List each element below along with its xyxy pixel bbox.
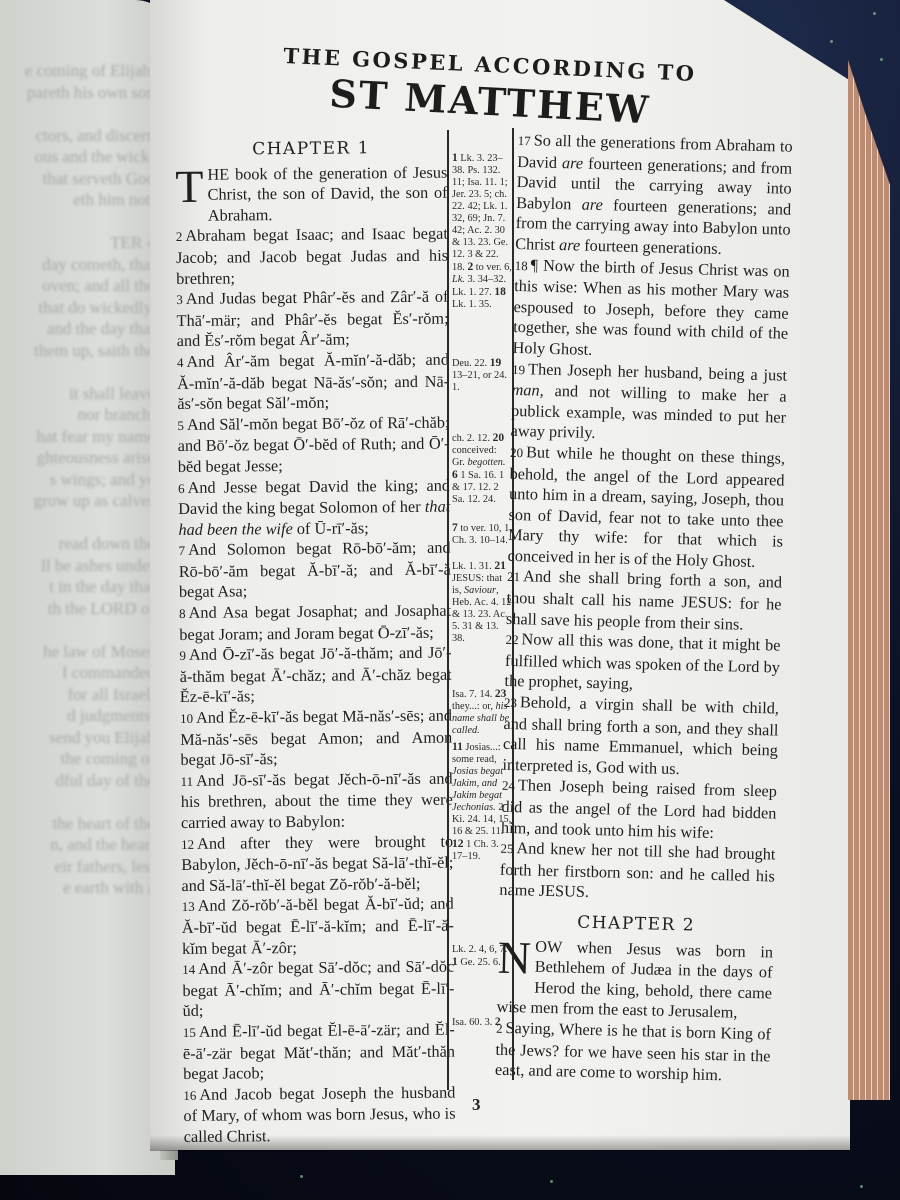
italic-supplied-word: are	[582, 194, 604, 214]
verse: 13And Zŏ-rŏb′-ă-bĕl begat Ă-bī′-ŭd; and …	[182, 894, 455, 959]
bleed-line: th the LORD of	[0, 598, 155, 620]
star-dot	[873, 12, 876, 15]
bleed-line: the heart of the	[0, 813, 155, 835]
verse-number: 7	[179, 543, 186, 558]
bleed-line: that serveth God	[0, 168, 155, 190]
verse: 6And Jesse begat David the king; and Dav…	[178, 475, 451, 540]
verse-text: And Ē-lī′-ŭd begat Ĕl-ē-ā′-zär; and Ĕl-ē…	[183, 1020, 455, 1084]
verse-text: And Ĕz-ē-kī′-ăs begat Mă-năs′-sēs; and M…	[180, 706, 452, 770]
star-dot	[550, 1180, 553, 1183]
verse: 9And Ō-zī′-ăs begat Jō′-ă-thăm; and Jō′-…	[179, 643, 452, 708]
bleed-line	[0, 512, 155, 534]
bleed-line: e coming of Elijah.	[0, 60, 155, 82]
verse-text: And Jacob begat Joseph the husband of Ma…	[183, 1082, 455, 1146]
verse: 5And Săl′-mŏn begat Bō′-ŏz of Rā′-chăb; …	[177, 412, 450, 477]
verse: 23Behold, a virgin shall be with child, …	[502, 692, 779, 782]
bleed-line: dful day of the	[0, 770, 155, 792]
verse-text: And Ā′-zôr begat Sā′-dŏc; and Sā′-dŏc be…	[182, 957, 454, 1021]
facing-left-page: e coming of Elijah.pareth his own son ct…	[0, 0, 175, 1175]
verse-number: 6	[178, 480, 185, 495]
verse: 8And Asa begat Josaphat; and Josaphat be…	[179, 601, 451, 646]
verse-text: of Ū-rī′-ăs;	[293, 518, 369, 538]
verse-number: 11	[181, 774, 194, 789]
verse-text: And Ō-zī′-ăs begat Jō′-ă-thăm; and Jō′-ă…	[180, 643, 452, 707]
bleed-line: ous and the wick-	[0, 146, 155, 168]
bleed-line: it shall leave	[0, 383, 155, 405]
verse: 19Then Joseph her husband, being a just …	[510, 358, 787, 448]
verse-text: And Asa begat Josaphat; and Josaphat beg…	[179, 601, 451, 644]
verse: 18¶ Now the birth of Jesus Christ was on…	[512, 255, 789, 366]
chapter-heading: CHAPTER 2	[498, 911, 773, 938]
verse-text: And Săl′-mŏn begat Bō′-ŏz of Rā′-chăb; a…	[178, 412, 450, 476]
bleed-line	[0, 103, 155, 125]
verse-text: ¶ Now the birth of Jesus Christ was on t…	[512, 255, 789, 359]
verse: 17So all the generations from Abraham to…	[515, 130, 793, 261]
text-column-right: 17So all the generations from Abraham to…	[495, 130, 793, 1087]
verse-text: fourteen generations.	[580, 236, 722, 258]
bleed-line: pareth his own son	[0, 82, 155, 104]
verse-text: And after they were brought to Babylon, …	[181, 831, 453, 895]
bleed-line: s wings; and ye	[0, 469, 155, 491]
verse-text: , and not willing to make her a publick …	[510, 381, 786, 443]
star-dot	[880, 58, 883, 61]
verse-text: And Judas begat Phâr′-ĕs and Zâr′-ă of T…	[176, 287, 448, 351]
verse: 12And after they were brought to Babylon…	[181, 831, 454, 896]
column-rule	[447, 130, 449, 1090]
bleed-line	[0, 211, 155, 233]
drop-cap: T	[175, 166, 203, 206]
bleed-line: e earth with a	[0, 877, 155, 899]
verse-text: HE book of the generation of Jesus Chris…	[207, 162, 447, 224]
verse-text: Behold, a virgin shall be with child, an…	[502, 692, 779, 778]
verse: 10And Ĕz-ē-kī′-ăs begat Mă-năs′-sēs; and…	[180, 706, 453, 771]
verse-number: 5	[177, 418, 184, 433]
verse-text: And Jesse begat David the king; and Davi…	[178, 475, 450, 518]
verse-number: 8	[179, 606, 186, 621]
bleed-line: hat fear my name	[0, 426, 155, 448]
verse: 25And knew her not till she had brought …	[499, 838, 775, 907]
verse-number: 10	[180, 711, 193, 726]
verse: 11And Jō-sī′-ăs begat Jĕch-ō-nī′-ăs and …	[181, 768, 454, 833]
verse-number: 20	[510, 445, 523, 460]
verse-text: Saying, Where is he that is born King of…	[495, 1018, 771, 1084]
cross-reference: 7 to ver. 10, 1 Ch. 3. 10–14.	[452, 522, 512, 547]
bleed-line: them up, saith the	[0, 340, 155, 362]
cross-reference: ch. 2. 12. 20 conceived: Gr. begotten. 6…	[452, 432, 512, 506]
verse: 2Abraham begat Isaac; and Isaac begat Ja…	[176, 224, 449, 289]
verse-number: 15	[183, 1025, 196, 1040]
bleed-line: nor branch.	[0, 404, 155, 426]
verse-number: 21	[507, 569, 520, 584]
bleed-line: I commanded	[0, 662, 155, 684]
bleed-line: he law of Moses	[0, 641, 155, 663]
verse-text: And Solomon begat Rō-bō′-ăm; and Rō-bō′-…	[179, 538, 451, 602]
bleed-line: d judgments.	[0, 705, 155, 727]
page-header: THE GOSPEL ACCORDING TO ST MATTHEW	[260, 52, 720, 124]
bleed-line: TER 4	[0, 232, 155, 254]
bleed-line: t in the day that	[0, 576, 155, 598]
verse-number: 2	[496, 1021, 503, 1036]
verse-number: 19	[512, 361, 525, 376]
verse: 4And Âr′-ăm begat Ă-mĭn′-ă-dăb; and Ă-mĭ…	[177, 350, 450, 415]
bleed-line: that do wickedly,	[0, 297, 155, 319]
verse-text: And knew her not till she had brought fo…	[499, 838, 775, 901]
cross-reference: 1 Lk. 3. 23–38. Ps. 132. 11; Isa. 11. 1;…	[452, 152, 512, 311]
italic-supplied-word: are	[559, 235, 581, 255]
page-number: 3	[472, 1095, 481, 1115]
bleed-line: for all Israel,	[0, 684, 155, 706]
star-dot	[830, 40, 833, 43]
bleed-line: the coming of	[0, 748, 155, 770]
italic-supplied-word: are	[562, 153, 584, 173]
cross-reference: Lk. 1. 31. 21 JESUS: that is, Saviour, H…	[452, 560, 512, 645]
bleed-line: day cometh, that	[0, 254, 155, 276]
verse: 16And Jacob begat Joseph the husband of …	[183, 1082, 456, 1147]
bleed-line: ghteousness arise	[0, 447, 155, 469]
verse: 20But while he thought on these things, …	[507, 442, 785, 573]
bleed-line	[0, 361, 155, 383]
bleed-line: ctors, and discern	[0, 125, 155, 147]
verse-number: 25	[500, 841, 513, 856]
chapter-heading: CHAPTER 1	[175, 138, 447, 161]
text-column-left: CHAPTER 1 THE book of the generation of …	[175, 138, 456, 1148]
verse: 21And she shall bring forth a son, and t…	[506, 566, 782, 635]
verse-text: Abraham begat Isaac; and Isaac begat Jac…	[176, 224, 448, 288]
verse: 2Saying, Where is he that is born King o…	[495, 1018, 771, 1087]
verse-text: And Zŏ-rŏb′-ă-bĕl begat Ă-bī′-ŭd; and Ă-…	[182, 894, 454, 958]
verse-text: But while he thought on these things, be…	[507, 442, 785, 571]
verse: 22Now all this was done, that it might b…	[504, 629, 780, 698]
verse: 14And Ā′-zôr begat Sā′-dŏc; and Sā′-dŏc …	[182, 957, 455, 1022]
verse-number: 22	[505, 632, 518, 647]
bleed-line: grow up as calves	[0, 490, 155, 512]
verse-text: Now all this was done, that it might be …	[504, 629, 780, 693]
cross-reference: Deu. 22. 19 13–21, or 24. 1.	[452, 357, 512, 394]
star-dot	[300, 1175, 303, 1178]
verse-text: And Jō-sī′-ăs begat Jĕch-ō-nī′-ăs and hi…	[181, 768, 453, 832]
bleed-line: oven; and all the	[0, 275, 155, 297]
italic-supplied-word: man	[511, 380, 540, 400]
bleed-line	[0, 619, 155, 641]
page-edges-gilt	[848, 60, 890, 1100]
verse-text: OW when Jesus was born in Bethlehem of J…	[496, 936, 773, 1022]
bleed-line: send you Elijah	[0, 727, 155, 749]
bleed-line: n, and the heart	[0, 834, 155, 856]
left-page-bleed-text: e coming of Elijah.pareth his own son ct…	[0, 60, 155, 899]
star-dot	[860, 1185, 863, 1188]
verse-number: 3	[176, 292, 183, 307]
verse-number: 4	[177, 355, 184, 370]
verse-text: And she shall bring forth a son, and tho…	[506, 567, 782, 634]
verse: NOW when Jesus was born in Bethlehem of …	[496, 935, 773, 1024]
verse-text: And Âr′-ăm begat Ă-mĭn′-ă-dăb; and Ă-mĭn…	[177, 350, 449, 414]
verse-number: 16	[183, 1088, 196, 1103]
bleed-line	[0, 791, 155, 813]
bleed-line: ll be ashes under	[0, 555, 155, 577]
verse: 15And Ē-lī′-ŭd begat Ĕl-ē-ā′-zär; and Ĕl…	[183, 1020, 456, 1085]
verse: 24Then Joseph being raised from sleep di…	[501, 775, 777, 844]
verse-number: 17	[518, 133, 531, 148]
verse-number: 18	[515, 258, 528, 273]
bleed-line: read down the	[0, 533, 155, 555]
verse-number: 2	[176, 229, 183, 244]
verse-text: Then Joseph being raised from sleep did …	[501, 776, 777, 842]
verse-number: 13	[182, 899, 195, 914]
verse-number: 23	[504, 695, 517, 710]
verse-number: 24	[502, 778, 515, 793]
bleed-line: eth him not.	[0, 189, 155, 211]
drop-cap: N	[497, 937, 531, 978]
verse: 7And Solomon begat Rō-bō′-ăm; and Rō-bō′…	[178, 538, 451, 603]
verse: 3And Judas begat Phâr′-ĕs and Zâr′-ă of …	[176, 287, 449, 352]
bleed-line: and the day that	[0, 318, 155, 340]
verse: THE book of the generation of Jesus Chri…	[175, 162, 448, 226]
bleed-line: eir fathers, lest	[0, 856, 155, 878]
verse-number: 12	[181, 836, 194, 851]
verse-number: 14	[182, 962, 195, 977]
verse-number: 9	[179, 648, 186, 663]
